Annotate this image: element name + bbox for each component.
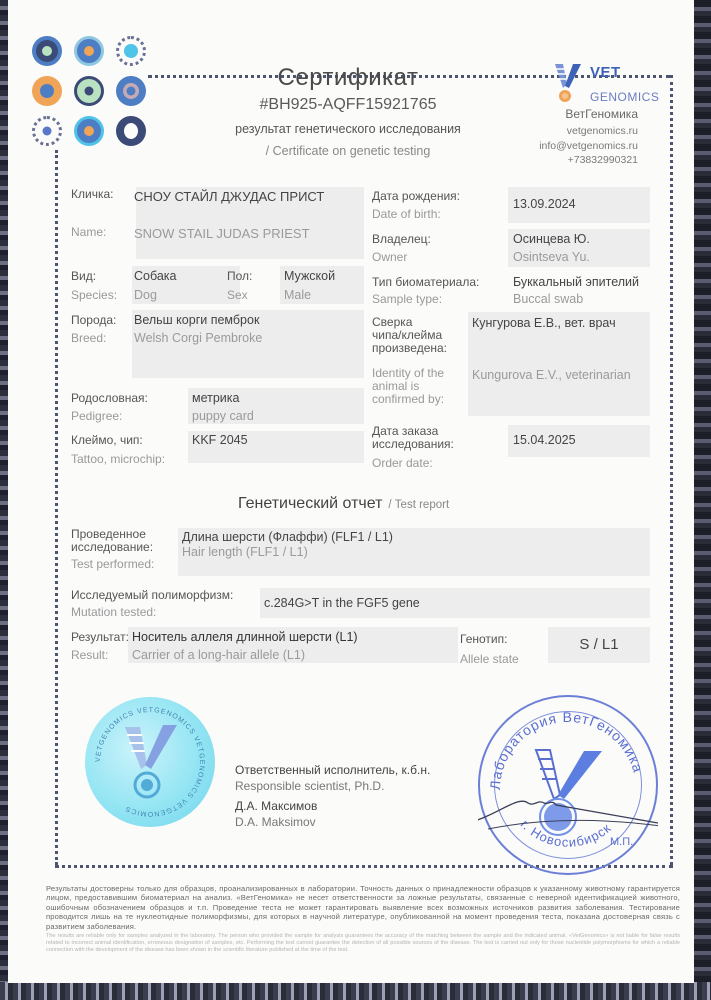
sample-type-value-en: Buccal swab	[513, 292, 583, 307]
mutation-label-en: Mutation tested:	[71, 605, 156, 620]
brand-name-genomics: GENOMICS	[590, 90, 659, 104]
pedigree-label-en: Pedigree:	[71, 409, 122, 424]
sex-value-en: Male	[284, 288, 311, 303]
brand-name-vet: VET	[590, 64, 621, 81]
signature-name-ru: Д.А. Максимов	[235, 799, 317, 814]
svg-text:М.П.: М.П.	[610, 836, 633, 848]
report-title: Генетический отчет/ Test report	[238, 495, 449, 513]
certificate-title: Сертификат	[198, 64, 498, 92]
background-texture-bottom	[0, 982, 711, 1000]
circle-icon	[116, 76, 146, 106]
breed-value-ru: Вельш корги пемброк	[134, 313, 259, 328]
breed-label-ru: Порода:	[71, 313, 116, 328]
name-label-ru: Кличка:	[71, 187, 113, 202]
result-value-en: Carrier of a long-hair allele (L1)	[132, 648, 305, 663]
identity-value-ru: Кунгурова Е.В., вет. врач	[472, 316, 616, 331]
laboratory-stamp: Лаборатория ВетГеномика г. Новосибирск М…	[478, 695, 658, 875]
sample-type-label-en: Sample type:	[372, 292, 442, 307]
name-value-en: SNOW STAIL JUDAS PRIEST	[134, 226, 310, 241]
pedigree-label-ru: Родословная:	[71, 391, 148, 406]
owner-label-ru: Владелец:	[372, 232, 431, 247]
frame-right-border	[670, 75, 673, 865]
frame-left-border	[55, 150, 58, 865]
sex-label-en: Sex	[227, 288, 248, 303]
order-date-label-ru: Дата заказа исследования:	[372, 425, 454, 451]
tattoo-label-ru: Клеймо, чип:	[71, 433, 143, 448]
sex-label-ru: Пол:	[227, 269, 252, 284]
order-date-value: 15.04.2025	[513, 433, 576, 448]
birth-date-label-en: Date of birth:	[372, 207, 441, 222]
name-value-ru: СНОУ СТАЙЛ ДЖУДАС ПРИСТ	[134, 189, 324, 204]
circle-icon	[116, 116, 146, 146]
brand-phone: +73832990321	[568, 154, 638, 166]
breed-label-en: Breed:	[71, 331, 106, 346]
owner-label-en: Owner	[372, 250, 407, 265]
order-date-label-en: Order date:	[372, 456, 433, 471]
pedigree-value-en: puppy card	[192, 409, 254, 424]
genotype-value: S / L1	[548, 637, 650, 652]
test-label-en: Test performed:	[71, 557, 154, 572]
circle-icon	[74, 76, 104, 106]
species-label-en: Species:	[71, 288, 117, 303]
disclaimer-en: The results are reliable only for sample…	[46, 933, 680, 955]
certificate-page: Сертификат #BH925-AQFF15921765 результат…	[8, 0, 694, 983]
test-label-ru: Проведенное исследование:	[71, 528, 153, 554]
species-label-ru: Вид:	[71, 269, 96, 284]
svg-text:Лаборатория ВетГеномика: Лаборатория ВетГеномика	[487, 709, 647, 790]
background-texture-right	[693, 0, 711, 1000]
genotype-label-ru: Генотип:	[460, 632, 507, 647]
certificate-subtitle-ru: результат генетического исследования	[198, 122, 498, 136]
stamp-v-logo-icon: Лаборатория ВетГеномика г. Новосибирск М…	[478, 695, 658, 875]
dotted-circle-icon	[32, 116, 62, 146]
result-value-ru: Носитель аллеля длинной шерсти (L1)	[132, 630, 358, 645]
identity-value-en: Kungurova E.V., veterinarian	[472, 368, 631, 383]
test-value-ru: Длина шерсти (Флаффи) (FLF1 / L1)	[182, 530, 393, 545]
genotype-label-en: Allele state	[460, 652, 519, 667]
species-value-ru: Собака	[134, 269, 177, 284]
signature-name-en: D.A. Maksimov	[235, 815, 316, 830]
name-label-en: Name:	[71, 225, 106, 240]
identity-label-ru: Сверка чипа/клейма произведена:	[372, 316, 447, 355]
certificate-number: #BH925-AQFF15921765	[198, 96, 498, 114]
circle-icon	[74, 116, 104, 146]
sample-type-label-ru: Тип биоматериала:	[372, 275, 479, 290]
mutation-label-ru: Исследуемый полиморфизм:	[71, 588, 233, 603]
hologram-seal: VETGENOMICS VETGENOMICS VETGENOMICS VETG…	[85, 697, 215, 827]
signature-role-ru: Ответственный исполнитель, к.б.н.	[235, 763, 430, 778]
brand-website-link[interactable]: vetgenomics.ru	[567, 125, 638, 137]
brand-email-link[interactable]: info@vetgenomics.ru	[539, 140, 638, 152]
sex-value-ru: Мужской	[284, 269, 335, 284]
certificate-subtitle-en: / Certificate on genetic testing	[198, 144, 498, 158]
test-value-en: Hair length (FLF1 / L1)	[182, 545, 308, 560]
birth-date-value: 13.09.2024	[513, 197, 576, 212]
signature-role-en: Responsible scientist, Ph.D.	[235, 779, 384, 794]
circle-icon	[32, 76, 62, 106]
vetgenomics-v-logo-icon	[553, 62, 583, 106]
breed-value-en: Welsh Corgi Pembroke	[134, 331, 262, 346]
result-label-ru: Результат:	[71, 630, 129, 645]
owner-value-ru: Осинцева Ю.	[513, 232, 590, 247]
circle-icon	[74, 36, 104, 66]
circle-icon	[32, 36, 62, 66]
species-value-en: Dog	[134, 288, 157, 303]
tattoo-value: KKF 2045	[192, 433, 248, 448]
brand-name-ru: ВетГеномика	[565, 107, 638, 121]
disclaimer-ru: Результаты достоверны только для образцо…	[46, 884, 680, 931]
result-label-en: Result:	[71, 648, 108, 663]
hologram-v-logo-icon: VETGENOMICS VETGENOMICS VETGENOMICS VETG…	[85, 697, 215, 827]
tattoo-label-en: Tattoo, microchip:	[71, 452, 165, 467]
owner-value-en: Osintseva Yu.	[513, 250, 590, 265]
dotted-circle-icon	[116, 36, 146, 66]
identity-label-en: Identity of the animal is confirmed by:	[372, 367, 444, 406]
birth-date-label-ru: Дата рождения:	[372, 189, 460, 204]
mutation-value: c.284G>T in the FGF5 gene	[264, 596, 420, 611]
sample-type-value-ru: Буккальный эпителий	[513, 275, 639, 290]
pedigree-value-ru: метрика	[192, 391, 240, 406]
